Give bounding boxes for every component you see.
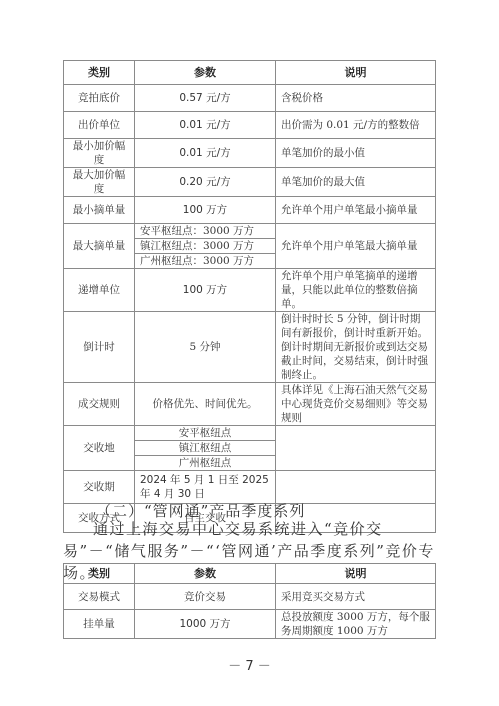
row-description: 单笔加价的最小值: [276, 139, 436, 168]
row-parameter-list: 安平枢纽点：3000 万方 镇江枢纽点：3000 万方 广州枢纽点：3000 万…: [135, 224, 276, 269]
row-description: [276, 471, 436, 504]
row-category: 出价单位: [64, 112, 135, 139]
header-category: 类别: [64, 61, 135, 85]
table-row: 成交规则 价格优先、时间优先。 具体详见《上海石油天然气交易中心现货竞价交易细则…: [64, 383, 436, 426]
row-parameter: 5 分钟: [135, 312, 276, 383]
row-description: 单笔加价的最大值: [276, 168, 436, 197]
row-category: 挂单量: [64, 610, 135, 639]
row-category: 交收期: [64, 471, 135, 504]
row-description: 具体详见《上海石油天然气交易中心现货竞价交易细则》等交易规则: [276, 383, 436, 426]
row-category: 倒计时: [64, 312, 135, 383]
header-description: 说明: [276, 61, 436, 85]
row-category: 最大加价幅度: [64, 168, 135, 197]
row-category: 最大摘单量: [64, 224, 135, 269]
row-description: 含税价格: [276, 85, 436, 112]
row-parameter: 100 万方: [135, 197, 276, 224]
row-category: 递增单位: [64, 269, 135, 312]
table-row: 竞拍底价 0.57 元/方 含税价格: [64, 85, 436, 112]
hub-quota: 镇江枢纽点：3000 万方: [135, 239, 275, 254]
table-row: 交收期 2024 年 5 月 1 日至 2025 年 4 月 30 日: [64, 471, 436, 504]
header-category: 类别: [64, 564, 135, 584]
delivery-hub: 广州枢纽点: [135, 456, 275, 470]
row-category: 竞拍底价: [64, 85, 135, 112]
row-description: 允许单个用户单笔摘单的递增量，只能以此单位的整数倍摘单。: [276, 269, 436, 312]
row-parameter: 0.57 元/方: [135, 85, 276, 112]
table-row: 递增单位 100 万方 允许单个用户单笔摘单的递增量，只能以此单位的整数倍摘单。: [64, 269, 436, 312]
row-parameter: 价格优先、时间优先。: [135, 383, 276, 426]
table-row: 交易模式 竞价交易 采用竞买交易方式: [64, 584, 436, 610]
row-parameter-list: 安平枢纽点 镇江枢纽点 广州枢纽点: [135, 426, 276, 471]
header-parameter: 参数: [135, 61, 276, 85]
auction-parameters-table: 类别 参数 说明 竞拍底价 0.57 元/方 含税价格 出价单位 0.01 元/…: [63, 60, 436, 533]
hub-quota: 安平枢纽点：3000 万方: [135, 224, 275, 239]
row-category: 交易模式: [64, 584, 135, 610]
table-row: 最大加价幅度 0.20 元/方 单笔加价的最大值: [64, 168, 436, 197]
row-category: 成交规则: [64, 383, 135, 426]
row-parameter: 0.01 元/方: [135, 112, 276, 139]
table-row: 挂单量 1000 万方 总投放额度 3000 万方，每个服务周期额度 1000 …: [64, 610, 436, 639]
row-category: 最小加价幅度: [64, 139, 135, 168]
delivery-hub: 安平枢纽点: [135, 426, 275, 441]
header-description: 说明: [276, 564, 436, 584]
row-category: 交收地: [64, 426, 135, 471]
row-parameter: 100 万方: [135, 269, 276, 312]
quarterly-series-table: 类别 参数 说明 交易模式 竞价交易 采用竞买交易方式 挂单量 1000 万方 …: [63, 563, 436, 639]
row-parameter: 2024 年 5 月 1 日至 2025 年 4 月 30 日: [135, 471, 276, 504]
row-parameter: 0.01 元/方: [135, 139, 276, 168]
table-header-row: 类别 参数 说明: [64, 564, 436, 584]
table-row: 最小摘单量 100 万方 允许单个用户单笔最小摘单量: [64, 197, 436, 224]
row-parameter: 1000 万方: [135, 610, 276, 639]
header-parameter: 参数: [135, 564, 276, 584]
table-header-row: 类别 参数 说明: [64, 61, 436, 85]
row-category: 最小摘单量: [64, 197, 135, 224]
row-parameter: 竞价交易: [135, 584, 276, 610]
row-description: 总投放额度 3000 万方，每个服务周期额度 1000 万方: [276, 610, 436, 639]
page-number: － 7 －: [0, 655, 499, 674]
table-row: 交收地 安平枢纽点 镇江枢纽点 广州枢纽点: [64, 426, 436, 471]
row-description: 倒计时时长 5 分钟，倒计时期间有新报价，倒计时重新开始。倒计时期间无新报价或到…: [276, 312, 436, 383]
table-row: 最大摘单量 安平枢纽点：3000 万方 镇江枢纽点：3000 万方 广州枢纽点：…: [64, 224, 436, 269]
table-row: 出价单位 0.01 元/方 出价需为 0.01 元/方的整数倍: [64, 112, 436, 139]
hub-quota: 广州枢纽点：3000 万方: [135, 254, 275, 268]
row-description: 采用竞买交易方式: [276, 584, 436, 610]
row-description: 出价需为 0.01 元/方的整数倍: [276, 112, 436, 139]
row-description: 允许单个用户单笔最小摘单量: [276, 197, 436, 224]
delivery-hub: 镇江枢纽点: [135, 441, 275, 456]
table-row: 最小加价幅度 0.01 元/方 单笔加价的最小值: [64, 139, 436, 168]
row-parameter: 0.20 元/方: [135, 168, 276, 197]
row-description: [276, 426, 436, 471]
table-row: 倒计时 5 分钟 倒计时时长 5 分钟，倒计时期间有新报价，倒计时重新开始。倒计…: [64, 312, 436, 383]
row-description: 允许单个用户单笔最大摘单量: [276, 224, 436, 269]
